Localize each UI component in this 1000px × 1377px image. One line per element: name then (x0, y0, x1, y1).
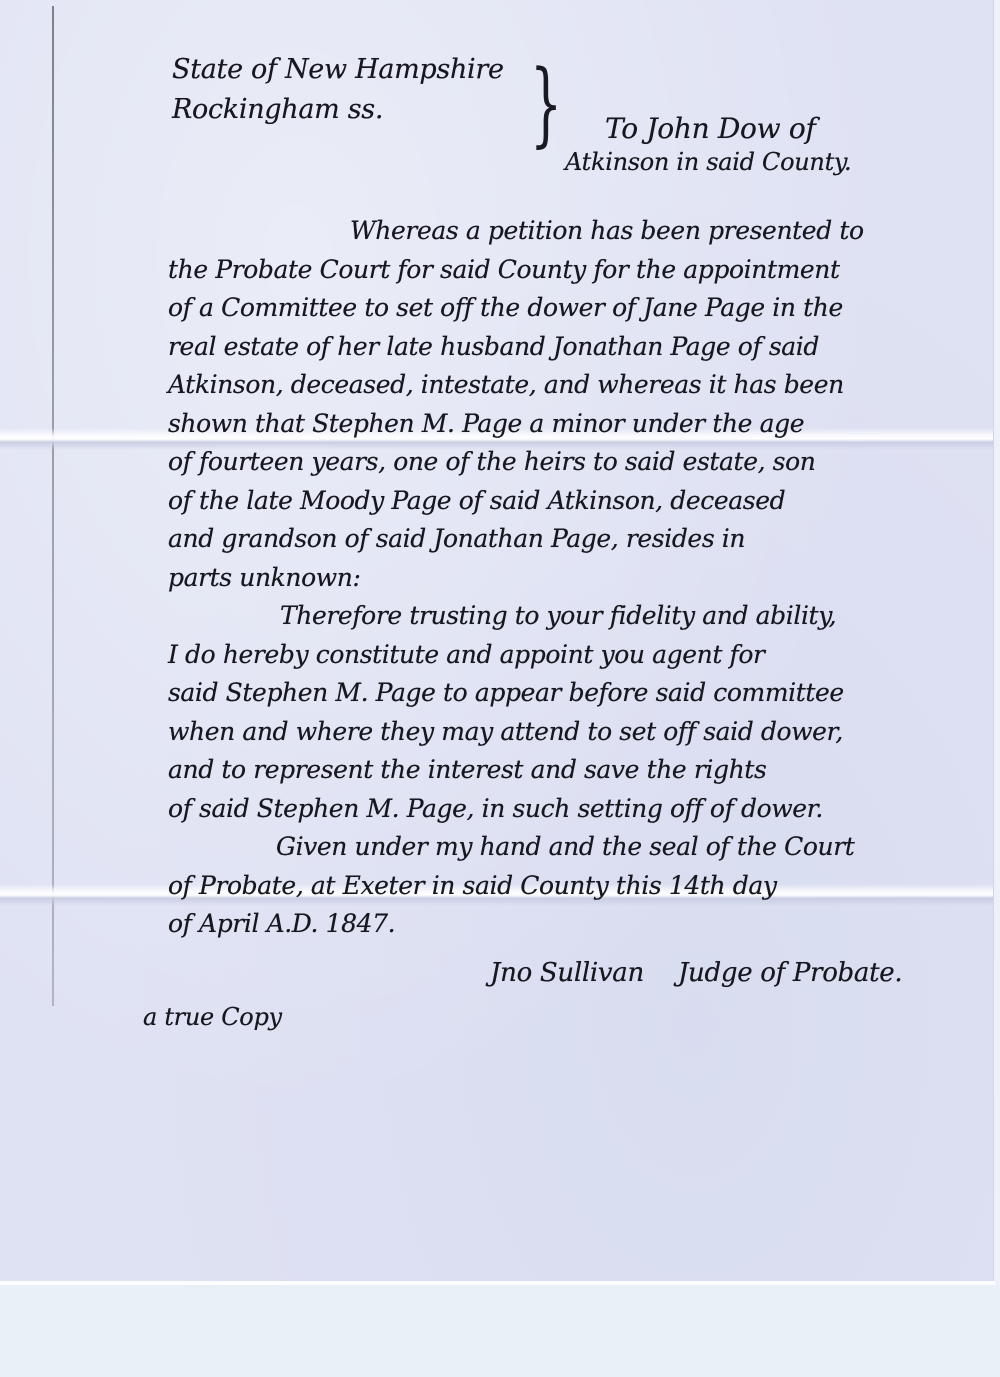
judge-signature: Jno SullivanJudge of Probate. (490, 958, 902, 988)
signer-title: Judge of Probate. (678, 958, 902, 988)
body-line: parts unknown: (168, 559, 968, 598)
manuscript-page: State of New Hampshire Rockingham ss. } … (0, 0, 994, 1283)
body-line: Therefore trusting to your fidelity and … (168, 597, 968, 636)
body-line: and to represent the interest and save t… (168, 751, 968, 790)
body-line: the Probate Court for said County for th… (168, 251, 968, 290)
body-line: of said Stephen M. Page, in such setting… (168, 790, 968, 829)
state-line: State of New Hampshire (172, 50, 504, 90)
margin-rule-line (52, 6, 54, 1006)
body-line: Whereas a petition has been presented to (168, 212, 968, 251)
addressee-line-2: Atkinson in said County. (565, 148, 851, 176)
body-line: Atkinson, deceased, intestate, and where… (168, 366, 968, 405)
body-line: of the late Moody Page of said Atkinson,… (168, 482, 968, 521)
curly-brace-glyph: } (530, 58, 562, 150)
body-line: Given under my hand and the seal of the … (168, 828, 968, 867)
venue-heading: State of New Hampshire Rockingham ss. (172, 50, 504, 130)
true-copy-attestation: a true Copy (143, 1003, 282, 1031)
county-line: Rockingham ss. (172, 90, 504, 130)
addressee-line-1: To John Dow of (605, 112, 816, 145)
scanner-background (0, 1285, 1000, 1377)
body-line: shown that Stephen M. Page a minor under… (168, 405, 968, 444)
body-line: I do hereby constitute and appoint you a… (168, 636, 968, 675)
body-line: real estate of her late husband Jonathan… (168, 328, 968, 367)
body-line: said Stephen M. Page to appear before sa… (168, 674, 968, 713)
body-line: when and where they may attend to set of… (168, 713, 968, 752)
body-line: of a Committee to set off the dower of J… (168, 289, 968, 328)
body-line: and grandson of said Jonathan Page, resi… (168, 520, 968, 559)
body-line: of Probate, at Exeter in said County thi… (168, 867, 968, 906)
document-body: Whereas a petition has been presented to… (168, 212, 968, 944)
body-line: of fourteen years, one of the heirs to s… (168, 443, 968, 482)
signer-name: Jno Sullivan (490, 958, 644, 988)
body-line: of April A.D. 1847. (168, 905, 968, 944)
